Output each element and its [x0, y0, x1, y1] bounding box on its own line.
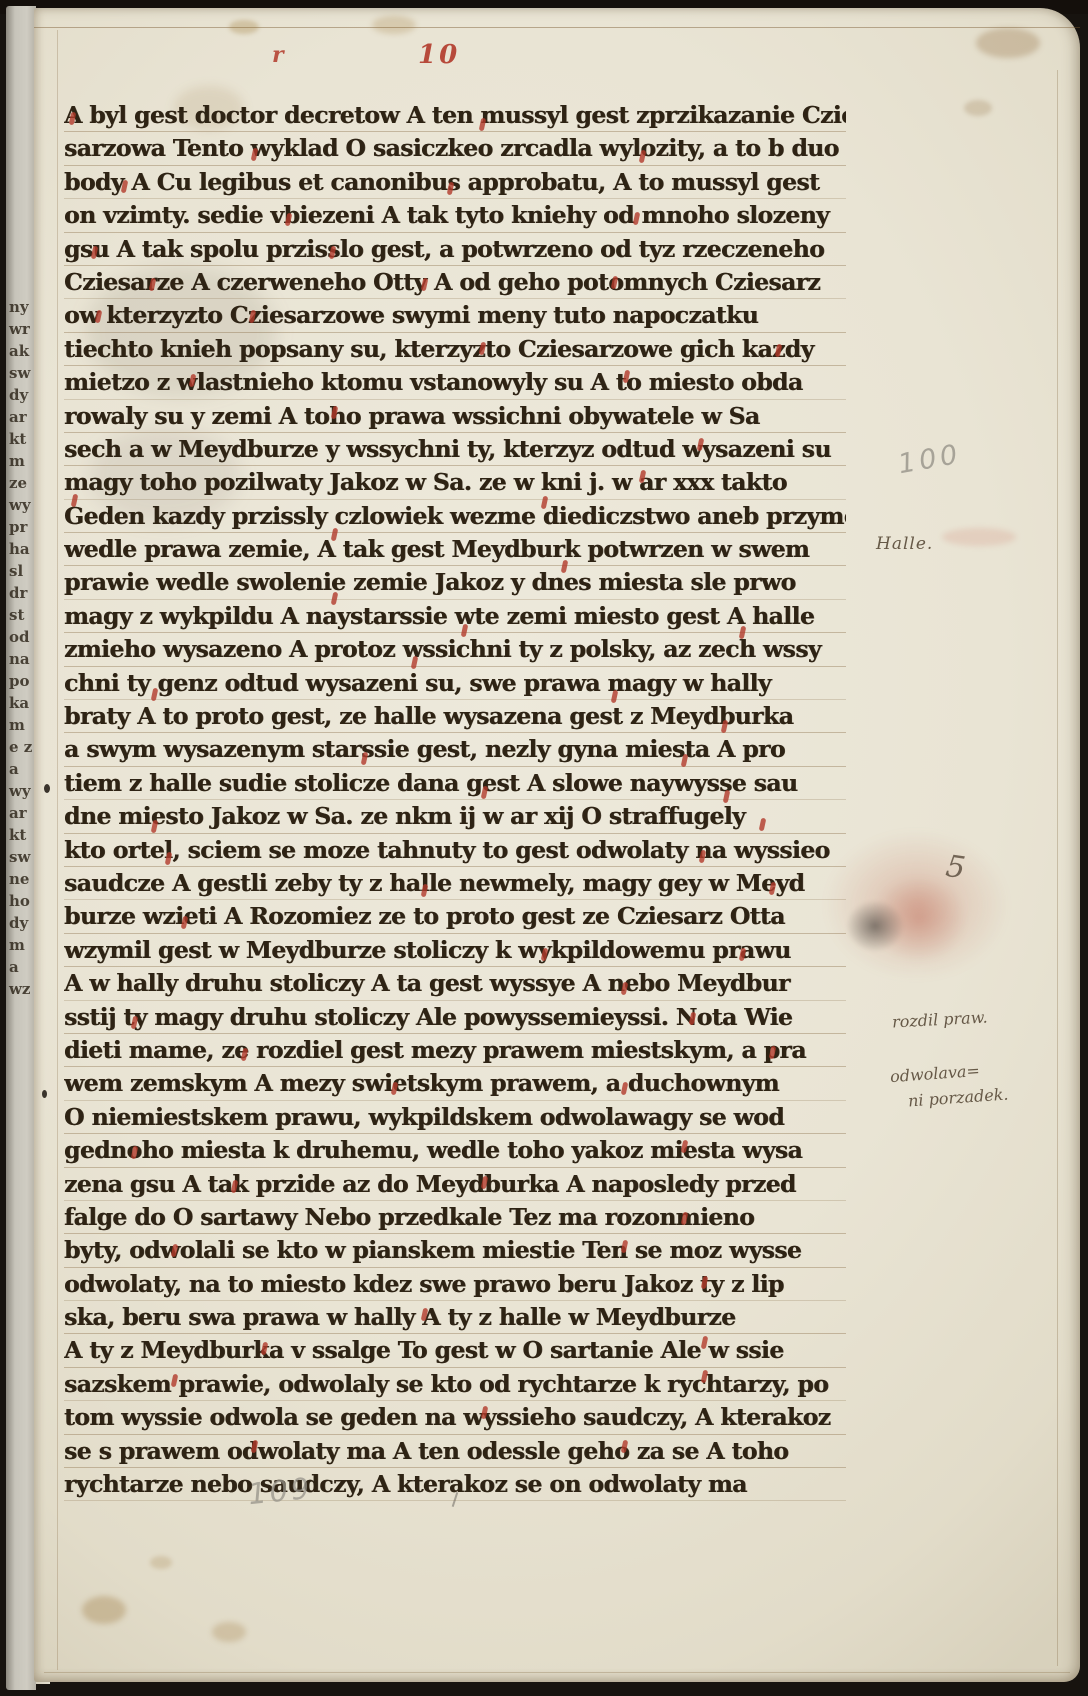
margin-note-halle: Halle. [876, 534, 933, 554]
manuscript-line: tiechto knieh popsany su, kterzyzto Czie… [64, 333, 846, 366]
margin-note-odwolavani-line1: odwolava= [889, 1061, 980, 1086]
manuscript-line: A w hally druhu stoliczy A ta gest wyssy… [64, 967, 846, 1000]
footer-pencil-number: 109 [246, 1471, 314, 1512]
manuscript-line: burze wzieti A Rozomiez ze to proto gest… [64, 900, 846, 933]
manuscript-line: sarzowa Tento wyklad O sasiczkeo zrcadla… [64, 132, 846, 165]
stain [964, 100, 992, 116]
manuscript-line: prawie wedle swolenie zemie Jakoz y dnes… [64, 566, 846, 599]
manuscript-line: byty, odwolali se kto w pianskem miestie… [64, 1234, 846, 1267]
manuscript-line: dne miesto Jakoz w Sa. ze nkm ij w ar xi… [64, 800, 846, 833]
manuscript-line: tom wyssie odwola se geden na wyssieho s… [64, 1401, 846, 1434]
manuscript-line: A ty z Meydburka v ssalge To gest w O sa… [64, 1334, 846, 1367]
manuscript-line: saudcze A gestli zeby ty z halle newmely… [64, 867, 846, 900]
stain [976, 28, 1040, 58]
manuscript-line: wzymil gest w Meydburze stoliczy k wykpi… [64, 934, 846, 967]
margin-note-rozdil-praw: rozdil praw. [892, 1008, 988, 1032]
manuscript-line: zena gsu A tak przide az do Meydburka A … [64, 1168, 846, 1201]
stain [372, 16, 416, 34]
manuscript-line: rowaly su y zemi A toho prawa wssichni o… [64, 400, 846, 433]
manuscript-line: falge do O sartawy Nebo przedkale Tez ma… [64, 1201, 846, 1234]
dark-ink-blot [846, 900, 904, 952]
manuscript-line: se s prawem odwolaty ma A ten odessle ge… [64, 1435, 846, 1468]
manuscript-line: magy z wykpildu A naystarssie wte zemi m… [64, 600, 846, 633]
red-ink-smudge [824, 830, 1009, 980]
manuscript-line: Geden kazdy przissly czlowiek wezme died… [64, 500, 846, 533]
ink-speck [42, 1090, 47, 1098]
manuscript-line: sech a w Meydburze y wssychni ty, kterzy… [64, 433, 846, 466]
manuscript-line: dieti mame, ze rozdiel gest mezy prawem … [64, 1034, 846, 1067]
manuscript-line: A byl gest doctor decretow A ten mussyl … [64, 99, 846, 132]
manuscript-line: sazskem prawie, odwolaly se kto od rycht… [64, 1368, 846, 1401]
manuscript-page: r 10 A byl gest doctor decretow A ten mu… [34, 8, 1080, 1682]
stain [212, 1622, 246, 1642]
manuscript-line: wem zemskym A mezy swietskym prawem, a d… [64, 1067, 846, 1100]
faded-red-note-trace [942, 528, 1016, 546]
manuscript-line: odwolaty, na to miesto kdez swe prawo be… [64, 1268, 846, 1301]
manuscript-line: magy toho pozilwaty Jakoz w Sa. ze w kni… [64, 466, 846, 499]
manuscript-line: rychtarze nebo saudczy, A kterakoz se on… [64, 1468, 846, 1501]
left-margin-ruling-line [57, 30, 58, 1670]
margin-note-odwolavani-line2: ni porzadek. [907, 1085, 1009, 1111]
manuscript-line: gsu A tak spolu przisslo gest, a potwrze… [64, 233, 846, 266]
manuscript-line: a swym wysazenym starssie gest, nezly gy… [64, 733, 846, 766]
red-ink-smudge [872, 876, 967, 962]
pen-flourish-mark: 5 [944, 849, 968, 886]
top-ruling-line [34, 27, 1080, 28]
manuscript-line: wedle prawa zemie, A tak gest Meydburk p… [64, 533, 846, 566]
manuscript-line: kto ortel, sciem se moze tahnuty to gest… [64, 834, 846, 867]
right-margin-ruling-line [1057, 70, 1058, 1666]
ink-speck [44, 784, 50, 793]
manuscript-line: mietzo z wlastnieho ktomu vstanowyly su … [64, 366, 846, 399]
manuscript-line: chni ty genz odtud wysazeni su, swe praw… [64, 667, 846, 700]
stain [82, 1596, 126, 1624]
manuscript-line: on vzimty. sedie vbiezeni A tak tyto kni… [64, 199, 846, 232]
manuscript-photo: { "manuscript": { "header": { "quire_mar… [0, 0, 1088, 1696]
manuscript-line: ow kterzyzto Cziesarzowe swymi meny tuto… [64, 299, 846, 332]
manuscript-line: Cziesarze A czerweneho Otty A od geho po… [64, 266, 846, 299]
manuscript-line: ska, beru swa prawa w hally A ty z halle… [64, 1301, 846, 1334]
text-block: A byl gest doctor decretow A ten mussyl … [64, 99, 846, 1501]
previous-page-edge: ny wr ak sw dy ar kt m ze wy pr ha sl dr… [6, 6, 36, 1690]
previous-page-text-fragments: ny wr ak sw dy ar kt m ze wy pr ha sl dr… [6, 296, 33, 1000]
manuscript-line: zmieho wysazeno A protoz wssichni ty z p… [64, 633, 846, 666]
folio-number: 10 [418, 40, 460, 70]
bottom-ruling-line [44, 1672, 1070, 1673]
manuscript-line: body A Cu legibus et canonibus approbatu… [64, 166, 846, 199]
manuscript-line: O niemiestskem prawu, wykpildskem odwola… [64, 1101, 846, 1134]
stain [150, 1556, 172, 1569]
margin-pencil-number: 100 [896, 439, 964, 481]
manuscript-line: sstij ty magy druhu stoliczy Ale powysse… [64, 1001, 846, 1034]
manuscript-line: gednoho miesta k druhemu, wedle toho yak… [64, 1134, 846, 1167]
quire-mark: r [272, 42, 284, 68]
manuscript-line: braty A to proto gest, ze halle wysazena… [64, 700, 846, 733]
